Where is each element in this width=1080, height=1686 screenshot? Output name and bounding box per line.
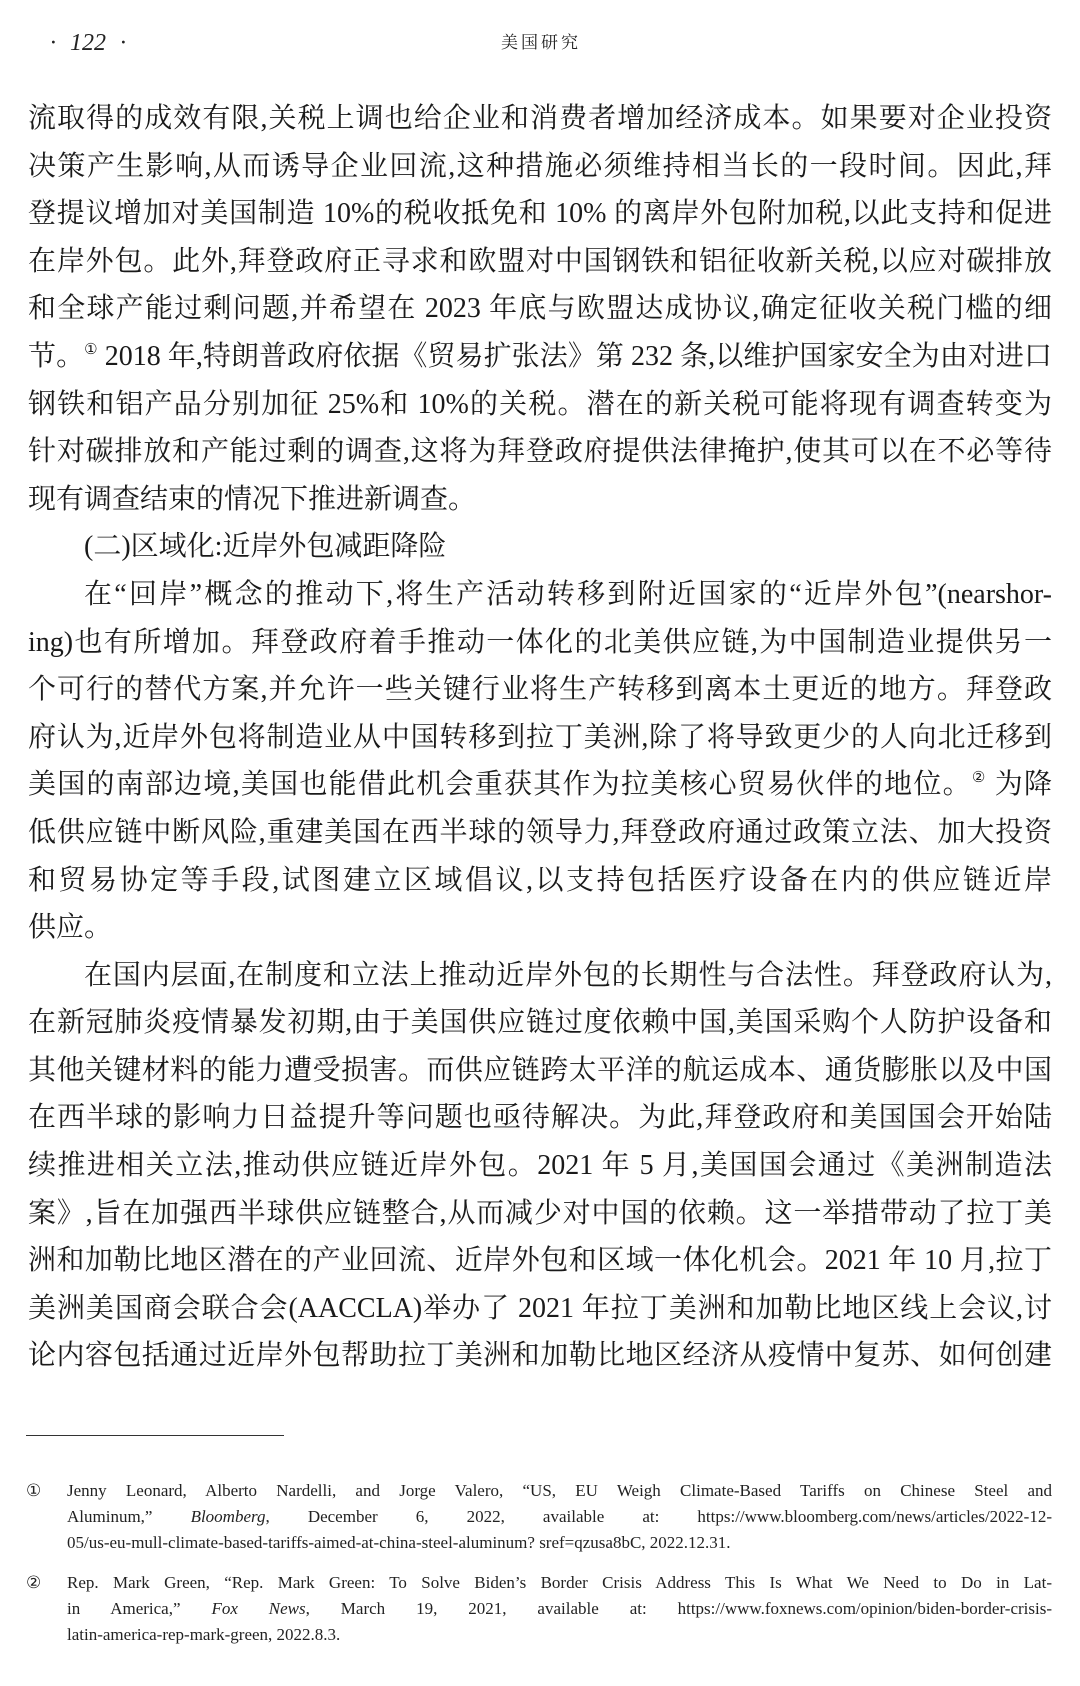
footnote-text: Aluminum,” <box>67 1507 191 1526</box>
body-line: 节。① 2018 年,特朗普政府依据《贸易扩张法》第 232 条,以维护国家安全… <box>28 333 1052 381</box>
body-line: 低供应链中断风险,重建美国在西半球的领导力,拜登政府通过政策立法、加大投资 <box>28 809 1052 857</box>
body-line: 洲和加勒比地区潜在的产业回流、近岸外包和区域一体化机会。2021 年 10 月,… <box>28 1237 1052 1285</box>
body-line: 美洲美国商会联合会(AACCLA)举办了 2021 年拉丁美洲和加勒比地区线上会… <box>28 1285 1052 1333</box>
body-line: 流取得的成效有限,关税上调也给企业和消费者增加经济成本。如果要对企业投资 <box>28 95 1052 143</box>
body-line: 在西半球的影响力日益提升等问题也亟待解决。为此,拜登政府和美国国会开始陆 <box>28 1094 1052 1142</box>
body-line: 论内容包括通过近岸外包帮助拉丁美洲和加勒比地区经济从疫情中复苏、如何创建 <box>28 1332 1052 1380</box>
body-line-text: 为降 <box>987 769 1052 800</box>
footnote-separator <box>26 1435 284 1436</box>
footnotes: ① Jenny Leonard, Alberto Nardelli, and J… <box>26 1478 1052 1648</box>
body-line-text: 2018 年,特朗普政府依据《贸易扩张法》第 232 条,以维护国家安全为由对进… <box>98 341 1052 372</box>
body-text: 流取得的成效有限,关税上调也给企业和消费者增加经济成本。如果要对企业投资 决策产… <box>28 95 1052 1380</box>
body-line: 案》,旨在加强西半球供应链整合,从而减少对中国的依赖。这一举措带动了拉丁美 <box>28 1190 1052 1238</box>
body-line: 个可行的替代方案,并允许一些关键行业将生产转移到离本土更近的地方。拜登政 <box>28 666 1052 714</box>
footnote-marker: ② <box>26 1570 67 1596</box>
paragraph-3: 在国内层面,在制度和立法上推动近岸外包的长期性与合法性。拜登政府认为, 在新冠肺… <box>28 952 1052 1380</box>
footnote-marker: ① <box>26 1478 67 1504</box>
paragraph-1: 流取得的成效有限,关税上调也给企业和消费者增加经济成本。如果要对企业投资 决策产… <box>28 95 1052 523</box>
footnote-text: in America,” <box>67 1599 211 1618</box>
footnote-line: Aluminum,” Bloomberg, December 6, 2022, … <box>67 1504 1052 1530</box>
body-line: 和全球产能过剩问题,并希望在 2023 年底与欧盟达成协议,确定征收关税门槛的细 <box>28 285 1052 333</box>
body-line-text: 美国的南部边境,美国也能借此机会重获其作为拉美核心贸易伙伴的地位。 <box>28 769 972 800</box>
publication-name: Fox News <box>211 1599 305 1618</box>
journal-title: 美国研究 <box>0 28 1080 58</box>
body-line: 针对碳排放和产能过剩的调查,这将为拜登政府提供法律掩护,使其可以在不必等待 <box>28 428 1052 476</box>
body-line: 其他关键材料的能力遭受损害。而供应链跨太平洋的航运成本、通货膨胀以及中国 <box>28 1047 1052 1095</box>
section-heading: (二)区域化:近岸外包减距降险 <box>28 523 1052 571</box>
footnote-body: Rep. Mark Green, “Rep. Mark Green: To So… <box>67 1570 1052 1648</box>
body-line: 在国内层面,在制度和立法上推动近岸外包的长期性与合法性。拜登政府认为, <box>28 952 1052 1000</box>
body-line: 美国的南部边境,美国也能借此机会重获其作为拉美核心贸易伙伴的地位。② 为降 <box>28 761 1052 809</box>
footnote-1: ① Jenny Leonard, Alberto Nardelli, and J… <box>26 1478 1052 1556</box>
body-line: 现有调查结束的情况下推进新调查。 <box>28 476 1052 524</box>
body-line: 府认为,近岸外包将制造业从中国转移到拉丁美洲,除了将导致更少的人向北迁移到 <box>28 714 1052 762</box>
body-line: 决策产生影响,从而诱导企业回流,这种措施必须维持相当长的一段时间。因此,拜 <box>28 143 1052 191</box>
footnote-line: Rep. Mark Green, “Rep. Mark Green: To So… <box>67 1570 1052 1596</box>
body-line: 续推进相关立法,推动供应链近岸外包。2021 年 5 月,美国国会通过《美洲制造… <box>28 1142 1052 1190</box>
footnote-text: , December 6, 2022, available at: https:… <box>265 1507 1052 1526</box>
body-line: 在岸外包。此外,拜登政府正寻求和欧盟对中国钢铁和铝征收新关税,以应对碳排放 <box>28 238 1052 286</box>
body-line: 在新冠肺炎疫情暴发初期,由于美国供应链过度依赖中国,美国采购个人防护设备和 <box>28 999 1052 1047</box>
body-line: 和贸易协定等手段,试图建立区域倡议,以支持包括医疗设备在内的供应链近岸 <box>28 857 1052 905</box>
footnote-body: Jenny Leonard, Alberto Nardelli, and Jor… <box>67 1478 1052 1556</box>
footnote-2: ② Rep. Mark Green, “Rep. Mark Green: To … <box>26 1570 1052 1648</box>
footnote-line: latin-america-rep-mark-green, 2022.8.3. <box>67 1622 1052 1648</box>
footnote-line: in America,” Fox News, March 19, 2021, a… <box>67 1596 1052 1622</box>
footnote-reference-1: ① <box>84 342 98 358</box>
body-line: 在“回岸”概念的推动下,将生产活动转移到附近国家的“近岸外包”(nearshor… <box>28 571 1052 619</box>
footnote-line: Jenny Leonard, Alberto Nardelli, and Jor… <box>67 1478 1052 1504</box>
body-line: 登提议增加对美国制造 10%的税收抵免和 10% 的离岸外包附加税,以此支持和促… <box>28 190 1052 238</box>
paragraph-2: 在“回岸”概念的推动下,将生产活动转移到附近国家的“近岸外包”(nearshor… <box>28 571 1052 952</box>
body-line: ing)也有所增加。拜登政府着手推动一体化的北美供应链,为中国制造业提供另一 <box>28 619 1052 667</box>
body-line: 钢铁和铝产品分别加征 25%和 10%的关税。潜在的新关税可能将现有调查转变为 <box>28 381 1052 429</box>
footnote-reference-2: ② <box>972 770 987 786</box>
footnote-line: 05/us-eu-mull-climate-based-tariffs-aime… <box>67 1530 1052 1556</box>
footnote-text: , March 19, 2021, available at: https://… <box>306 1599 1052 1618</box>
body-line: 供应。 <box>28 904 1052 952</box>
publication-name: Bloomberg <box>191 1507 266 1526</box>
body-line-text: 节。 <box>28 341 84 372</box>
